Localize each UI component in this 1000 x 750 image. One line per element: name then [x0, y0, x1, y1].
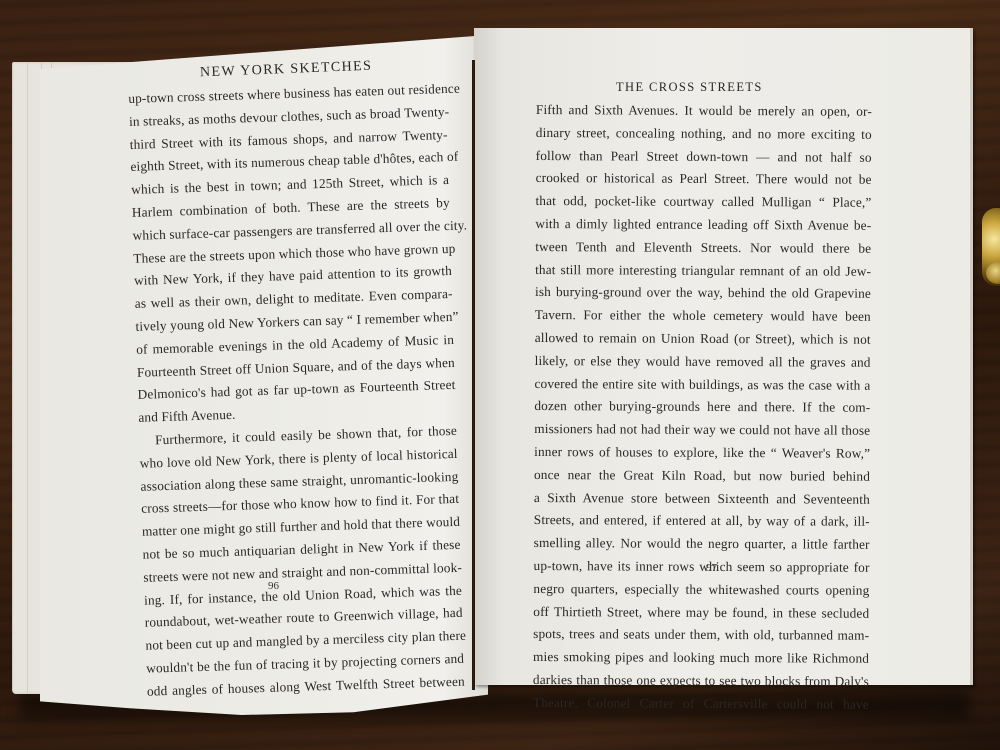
text-line: off Thirtieth Street, where may be found…: [533, 601, 869, 626]
text-line: up-town, have its inner rows which seem …: [533, 555, 869, 580]
left-page-text: up-town cross streets where business has…: [128, 78, 465, 703]
left-page-number: 96: [268, 580, 279, 592]
text-line: Fifth and Sixth Avenues. It would be mer…: [536, 99, 872, 124]
text-line: a Sixth Avenue store between Sixteenth a…: [534, 487, 870, 512]
text-line: that odd, pocket-like courtway called Mu…: [535, 190, 871, 215]
text-line: dozen other burying-grounds here and the…: [534, 395, 870, 420]
text-line: crooked or historical as Pearl Street. T…: [536, 167, 872, 192]
text-line: covered the entire site with buildings, …: [534, 373, 870, 398]
text-line: missioners had not had their way we coul…: [534, 418, 870, 443]
text-line: spots, trees and seats under them, with …: [533, 623, 869, 648]
text-line: smelling alley. Nor would the negro quar…: [534, 532, 870, 557]
book-gutter: [472, 60, 475, 690]
text-line: likely, or else they would have removed …: [535, 350, 871, 375]
text-line: follow than Pearl Street down-town — and…: [536, 145, 872, 170]
right-page-number: 97: [706, 562, 717, 574]
text-line: once near the Great Kiln Road, but now b…: [534, 464, 870, 489]
text-line: dinary street, concealing nothing, and n…: [536, 122, 872, 147]
text-line: darkies than those one expects to see tw…: [533, 669, 869, 694]
text-line: tween Tenth and Eleventh Streets. Nor wo…: [535, 236, 871, 261]
text-line: allowed to remain on Union Road (or Stre…: [535, 327, 871, 352]
text-line: that still more interesting triangular r…: [535, 259, 871, 284]
text-line: negro quarters, especially the whitewash…: [533, 578, 869, 603]
text-line: ish burying-ground over the way, behind …: [535, 281, 871, 306]
text-line: Theatre. Colonel Carter of Cartersville …: [533, 692, 869, 717]
text-line: with a dimly lighted entrance leading of…: [535, 213, 871, 238]
text-line: Streets, and entered, if entered at all,…: [534, 509, 870, 534]
right-running-head: THE CROSS STREETS: [616, 80, 763, 95]
right-page-text: Fifth and Sixth Avenues. It would be mer…: [533, 99, 872, 716]
text-line: Tavern. For either the whole cemetery wo…: [535, 304, 871, 329]
text-line: inner rows of houses to explore, like th…: [534, 441, 870, 466]
text-line: mies smoking pipes and looking much more…: [533, 646, 869, 671]
